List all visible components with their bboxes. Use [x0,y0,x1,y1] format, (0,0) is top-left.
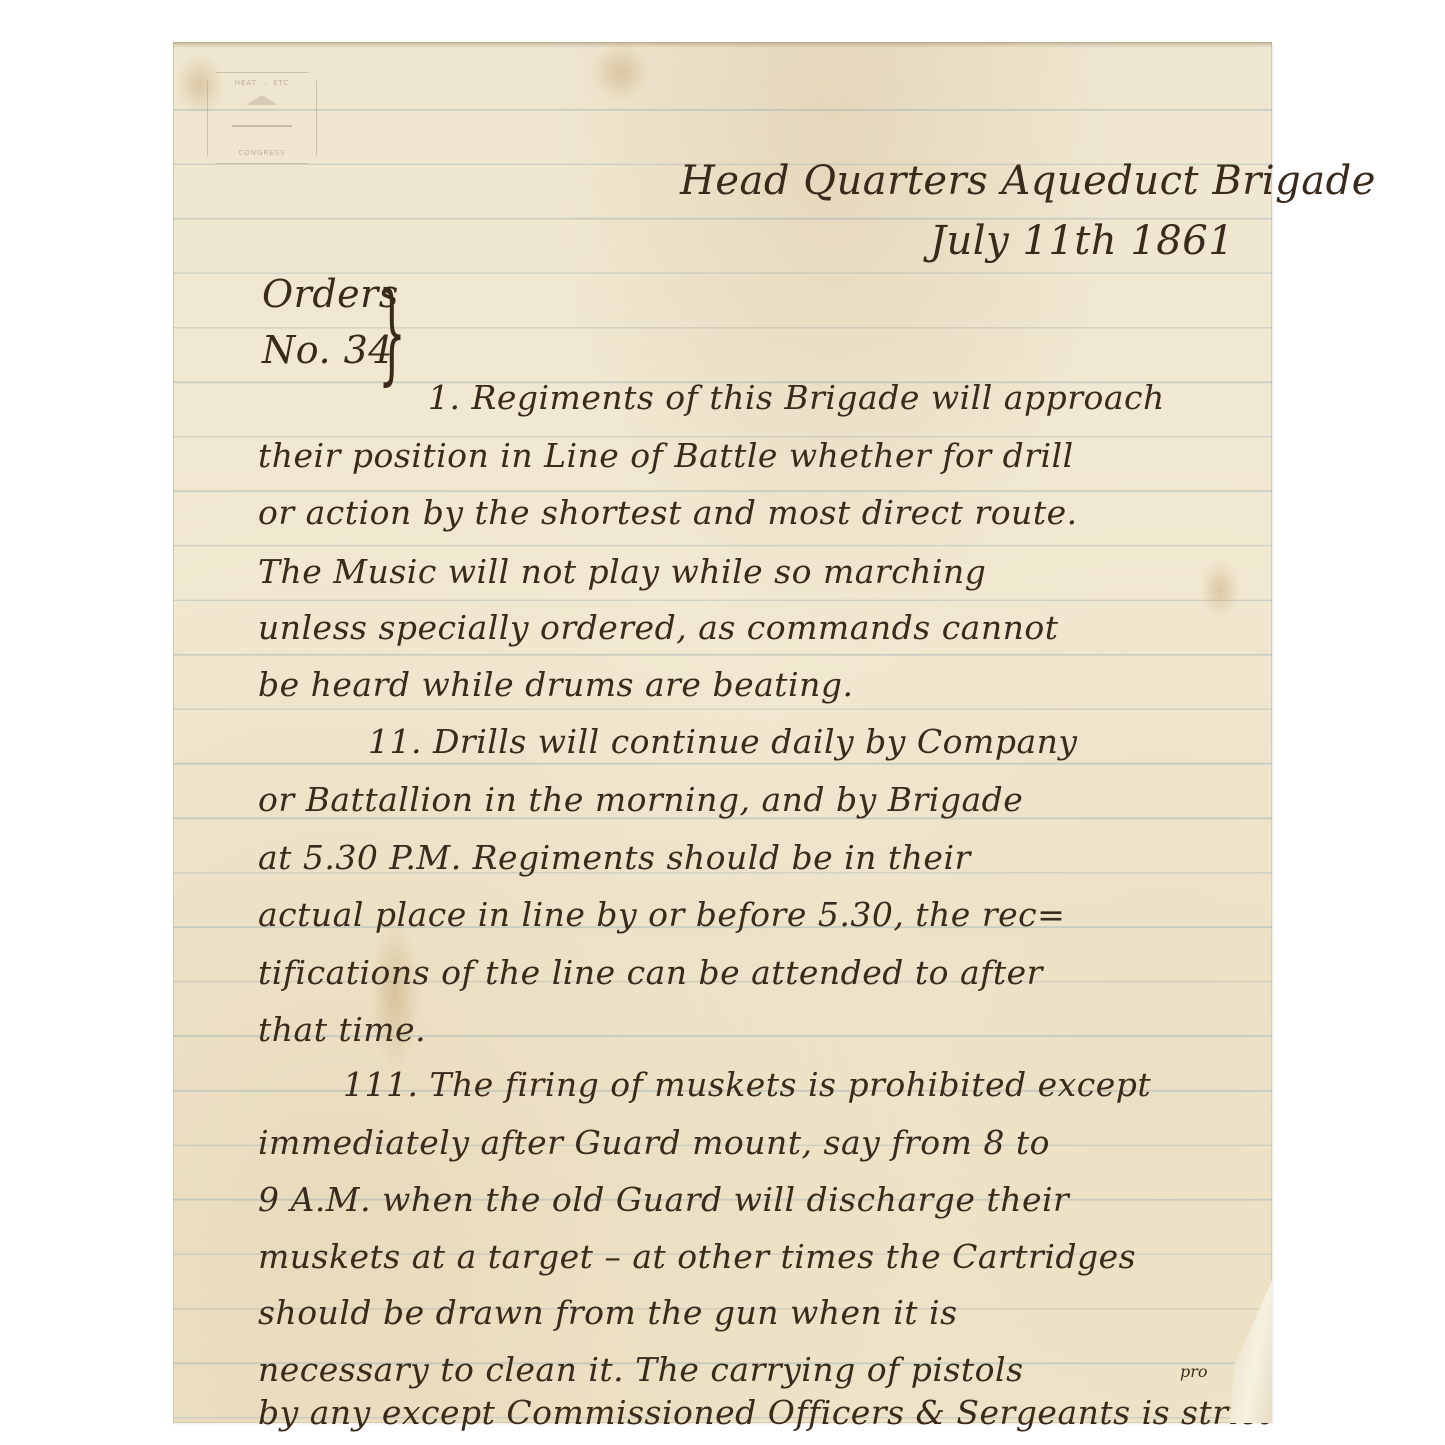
text-line: or action by the shortest and most direc… [258,493,1078,532]
embossed-stamp: HEAT ... ETC CONGRESS [207,72,317,164]
interlinear-note: pro [1180,1362,1208,1381]
stamp-top-text: HEAT ... ETC [208,79,316,87]
text-line: or Battallion in the morning, and by Bri… [258,780,1023,819]
text-line: tifications of the line can be attended … [258,953,1043,992]
brace: } [378,268,406,396]
text-line: immediately after Guard mount, say from … [258,1123,1050,1162]
text-line: their position in Line of Battle whether… [258,436,1074,475]
text-line: by any except Commissioned Officers & Se… [258,1393,1272,1432]
stamp-bottom-text: CONGRESS [208,149,316,157]
text-line: be heard while drums are beating. [258,665,853,704]
text-line: 111. The firing of muskets is prohibited… [343,1065,1151,1104]
text-line: 11. Drills will continue daily by Compan… [368,722,1078,761]
text-line: 9 A.M. when the old Guard will discharge… [258,1180,1069,1219]
text-line: The Music will not play while so marchin… [258,552,986,591]
text-line: actual place in line by or before 5.30, … [258,895,1065,934]
orders-number: No. 34 [262,328,393,372]
building-emblem-icon [232,95,292,127]
text-line: muskets at a target – at other times the… [258,1237,1136,1276]
text-line: necessary to clean it. The carrying of p… [258,1350,1024,1389]
text-line: should be drawn from the gun when it is [258,1293,958,1332]
text-line: unless specially ordered, as commands ca… [258,608,1059,647]
letterhead-date: July 11th 1861 [930,218,1234,264]
text-line: at 5.30 P.M. Regiments should be in thei… [258,838,971,877]
text-line: that time. [258,1010,426,1049]
letterhead-place: Head Quarters Aqueduct Brigade [680,158,1376,204]
text-line: 1. Regiments of this Brigade will approa… [428,378,1165,417]
